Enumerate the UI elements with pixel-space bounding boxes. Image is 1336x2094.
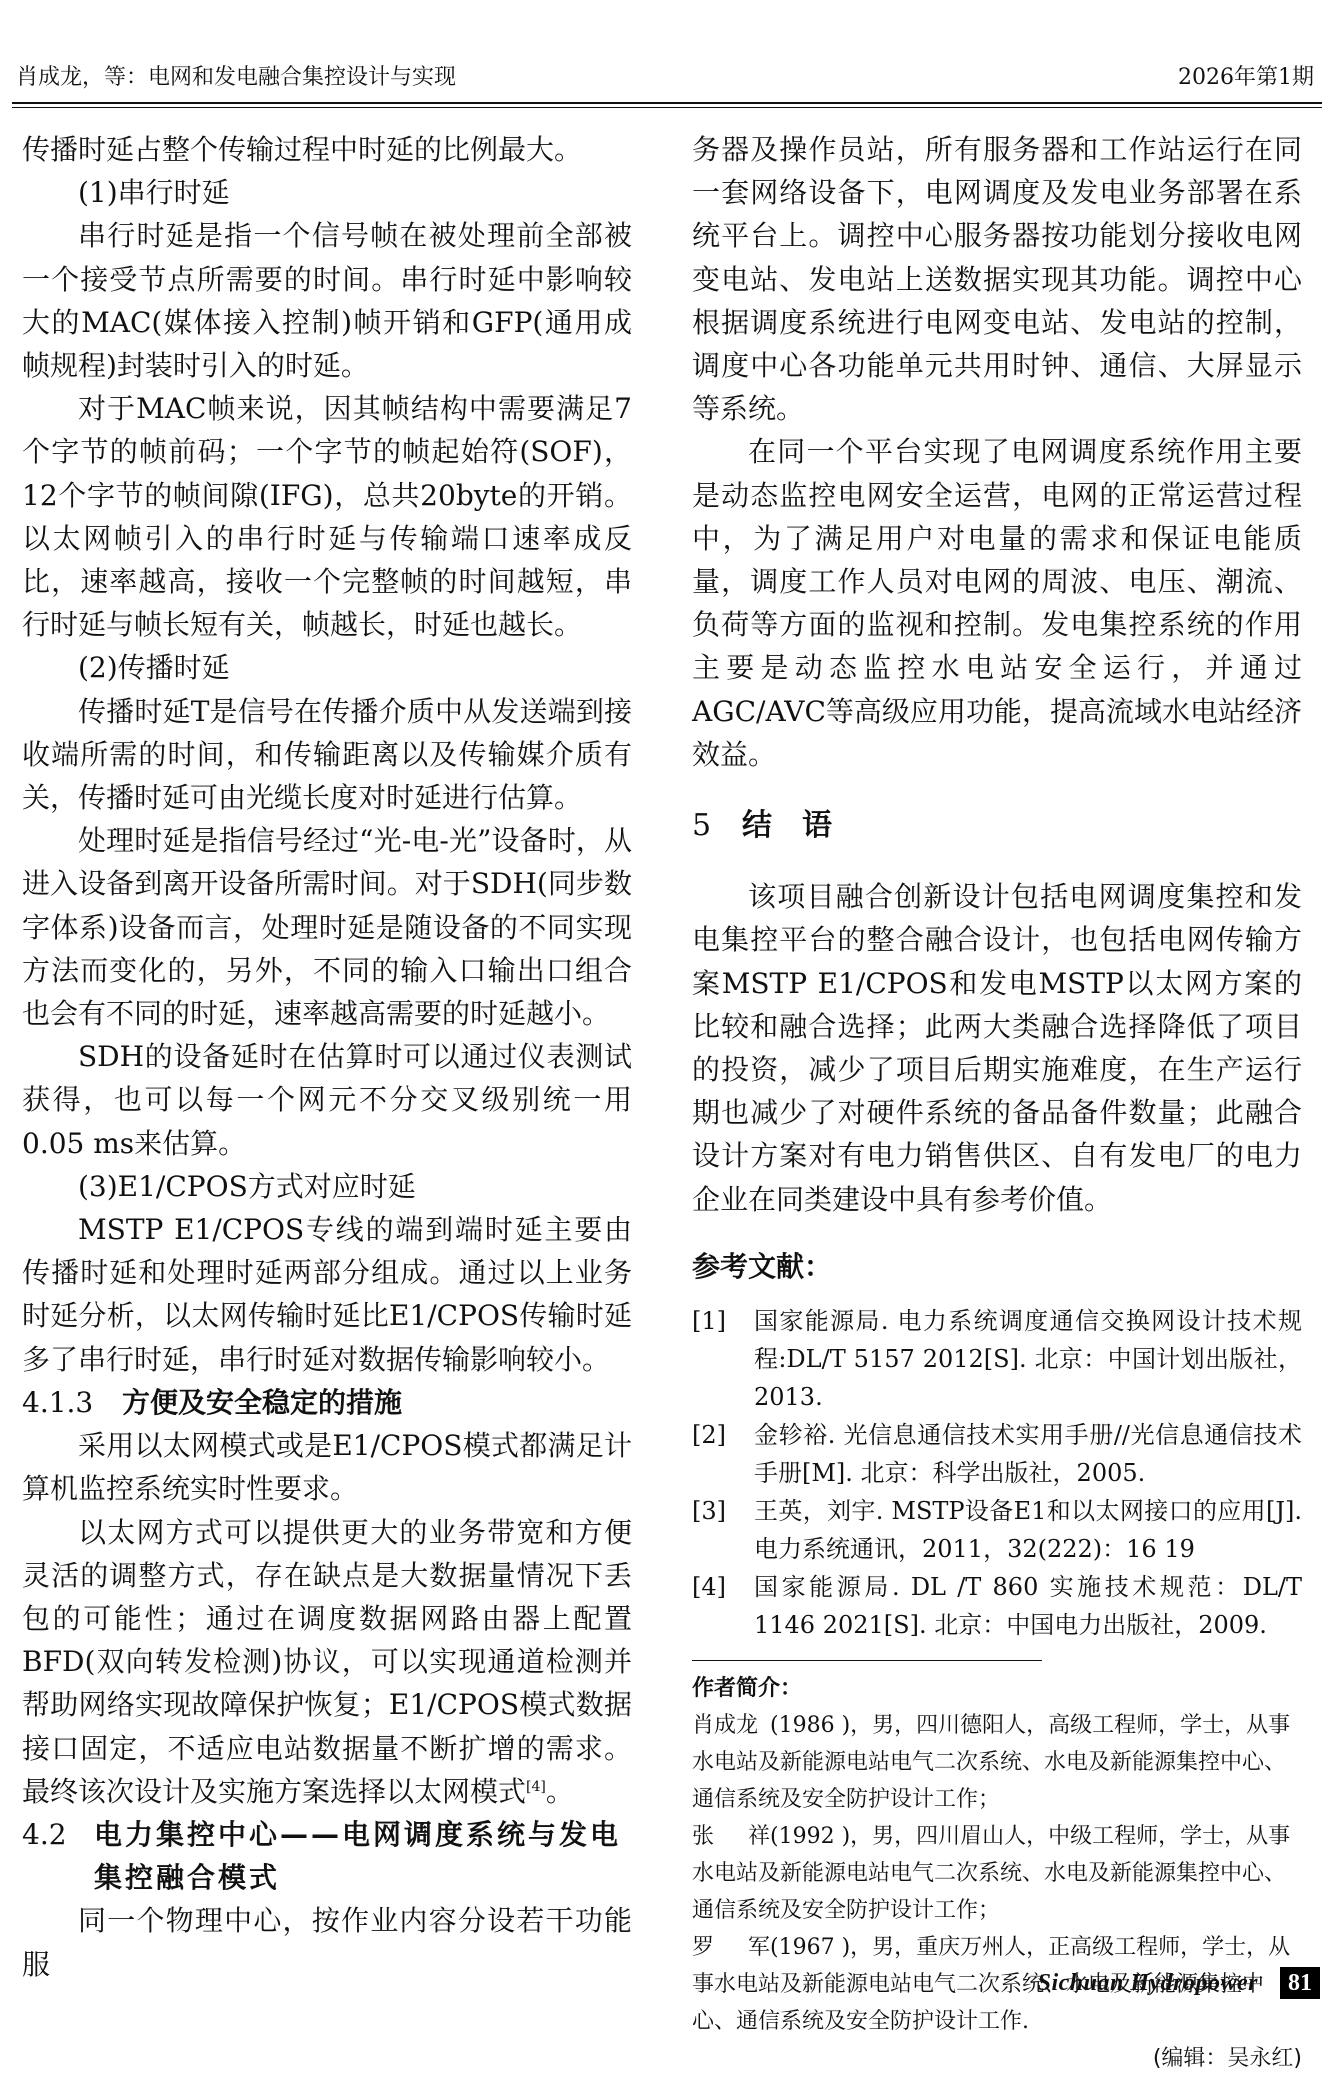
paragraph: 务器及操作员站，所有服务器和工作站运行在同一套网络设备下，电网调度及发电业务部署… bbox=[692, 128, 1302, 430]
reference-text: 国家能源局. DL /T 860 实施技术规范：DL/T 1146 2021[S… bbox=[754, 1568, 1302, 1644]
section-heading-4-1-3: 4.1.3方便及安全稳定的措施 bbox=[22, 1381, 632, 1424]
footnote-divider bbox=[692, 1660, 1042, 1661]
references-heading: 参考文献： bbox=[692, 1245, 1302, 1288]
page-number: 81 bbox=[1280, 1967, 1320, 1999]
left-column: 传播时延占整个传输过程中时延的比例最大。 (1)串行时延 串行时延是指一个信号帧… bbox=[22, 128, 632, 1986]
journal-name: Sichuan Hydropower bbox=[1038, 1970, 1258, 1997]
issue-number: 2026年第1期 bbox=[1178, 60, 1314, 91]
reference-text: 金轸裕. 光信息通信技术实用手册//光信息通信技术手册[M]. 北京：科学出版社… bbox=[754, 1416, 1302, 1492]
author-name: 肖成龙 bbox=[692, 1707, 770, 1744]
author-bio-continuation: 水电站及新能源电站电气二次系统、水电及新能源集控中心、通信系统及安全防护设计工作… bbox=[692, 1744, 1302, 1818]
subheading-serial-delay: (1)串行时延 bbox=[22, 171, 632, 214]
reference-item: [1] 国家能源局. 电力系统调度通信交换网设计技术规程:DL/T 5157 2… bbox=[692, 1302, 1302, 1416]
paragraph: 同一个物理中心，按作业内容分设若干功能服 bbox=[22, 1899, 632, 1985]
header-rule-thin bbox=[12, 107, 1322, 108]
paragraph: 以太网方式可以提供更大的业务带宽和方便灵活的调整方式，存在缺点是大数据量情况下丢… bbox=[22, 1511, 632, 1813]
right-column: 务器及操作员站，所有服务器和工作站运行在同一套网络设备下，电网调度及发电业务部署… bbox=[692, 128, 1302, 2077]
reference-tag: [4] bbox=[692, 1568, 754, 1644]
paragraph: 传播时延占整个传输过程中时延的比例最大。 bbox=[22, 128, 632, 171]
section-number: 4.2 bbox=[22, 1813, 94, 1899]
author-bio-line: (1992 )，男，四川眉山人，中级工程师，学士，从事 bbox=[770, 1818, 1302, 1855]
reference-tag: [1] bbox=[692, 1302, 754, 1416]
reference-tag: [2] bbox=[692, 1416, 754, 1492]
section-title: 结语 bbox=[742, 808, 862, 843]
page-footer: Sichuan Hydropower 81 bbox=[1038, 1967, 1320, 1999]
author-bio-line: (1986 )，男，四川德阳人，高级工程师，学士，从事 bbox=[770, 1707, 1302, 1744]
subheading-propagation-delay: (2)传播时延 bbox=[22, 646, 632, 689]
author-bio: 张祥 (1992 )，男，四川眉山人，中级工程师，学士，从事 水电站及新能源电站… bbox=[692, 1818, 1302, 1929]
paragraph-end: 。 bbox=[546, 1775, 574, 1808]
paragraph: 在同一个平台实现了电网调度系统作用主要是动态监控电网安全运营，电网的正常运营过程… bbox=[692, 430, 1302, 776]
subheading-e1-cpos-delay: (3)E1/CPOS方式对应时延 bbox=[22, 1165, 632, 1208]
reference-text: 国家能源局. 电力系统调度通信交换网设计技术规程:DL/T 5157 2012[… bbox=[754, 1302, 1302, 1416]
citation-link[interactable]: [4] bbox=[526, 1779, 546, 1795]
paragraph: 处理时延是指信号经过“光-电-光”设备时，从进入设备到离开设备所需时间。对于SD… bbox=[22, 819, 632, 1035]
author-name: 罗军 bbox=[692, 1929, 770, 1966]
author-bio-line: (1967 )，男，重庆万州人，正高级工程师，学士，从 bbox=[770, 1929, 1302, 1966]
header-rule-thick bbox=[12, 102, 1322, 104]
paragraph: 串行时延是指一个信号帧在被处理前全部被一个接受节点所需要的时间。串行时延中影响较… bbox=[22, 214, 632, 387]
author-name: 张祥 bbox=[692, 1818, 770, 1855]
reference-item: [2] 金轸裕. 光信息通信技术实用手册//光信息通信技术手册[M]. 北京：科… bbox=[692, 1416, 1302, 1492]
section-title: 方便及安全稳定的措施 bbox=[122, 1386, 402, 1419]
section-heading-4-2: 4.2电力集控中心——电网调度系统与发电集控融合模式 bbox=[22, 1813, 632, 1899]
paragraph: 采用以太网模式或是E1/CPOS模式都满足计算机监控系统实时性要求。 bbox=[22, 1424, 632, 1510]
reference-tag: [3] bbox=[692, 1492, 754, 1568]
running-title: 肖成龙，等：电网和发电融合集控设计与实现 bbox=[16, 60, 456, 91]
section-number: 5 bbox=[692, 804, 742, 847]
paragraph: 传播时延T是信号在传播介质中从发送端到接收端所需的时间，和传输距离以及传输媒介质… bbox=[22, 690, 632, 820]
paragraph: 对于MAC帧来说，因其帧结构中需要满足7个字节的帧前码；一个字节的帧起始符(SO… bbox=[22, 387, 632, 646]
author-bio-continuation: 水电站及新能源电站电气二次系统、水电及新能源集控中心、通信系统及安全防护设计工作… bbox=[692, 1855, 1302, 1929]
editor-credit: (编辑：吴永红) bbox=[692, 2040, 1302, 2077]
reference-text: 王英，刘宇. MSTP设备E1和以太网接口的应用[J]. 电力系统通讯，2011… bbox=[754, 1492, 1302, 1568]
section-number: 4.1.3 bbox=[22, 1381, 122, 1424]
reference-item: [4] 国家能源局. DL /T 860 实施技术规范：DL/T 1146 20… bbox=[692, 1568, 1302, 1644]
section-title: 电力集控中心——电网调度系统与发电集控融合模式 bbox=[94, 1813, 632, 1899]
running-header: 肖成龙，等：电网和发电融合集控设计与实现 2026年第1期 bbox=[12, 60, 1322, 90]
paragraph: SDH的设备延时在估算时可以通过仪表测试获得，也可以每一个网元不分交叉级别统一用… bbox=[22, 1035, 632, 1165]
paragraph: MSTP E1/CPOS专线的端到端时延主要由传播时延和处理时延两部分组成。通过… bbox=[22, 1208, 632, 1381]
author-bio: 肖成龙 (1986 )，男，四川德阳人，高级工程师，学士，从事 水电站及新能源电… bbox=[692, 1707, 1302, 1818]
paragraph: 该项目融合创新设计包括电网调度集控和发电集控平台的整合融合设计，也包括电网传输方… bbox=[692, 875, 1302, 1221]
author-bio-heading: 作者简介： bbox=[692, 1671, 1302, 1707]
section-heading-conclusion: 5结语 bbox=[692, 804, 1302, 847]
reference-item: [3] 王英，刘宇. MSTP设备E1和以太网接口的应用[J]. 电力系统通讯，… bbox=[692, 1492, 1302, 1568]
paragraph-text: 以太网方式可以提供更大的业务带宽和方便灵活的调整方式，存在缺点是大数据量情况下丢… bbox=[22, 1516, 632, 1808]
